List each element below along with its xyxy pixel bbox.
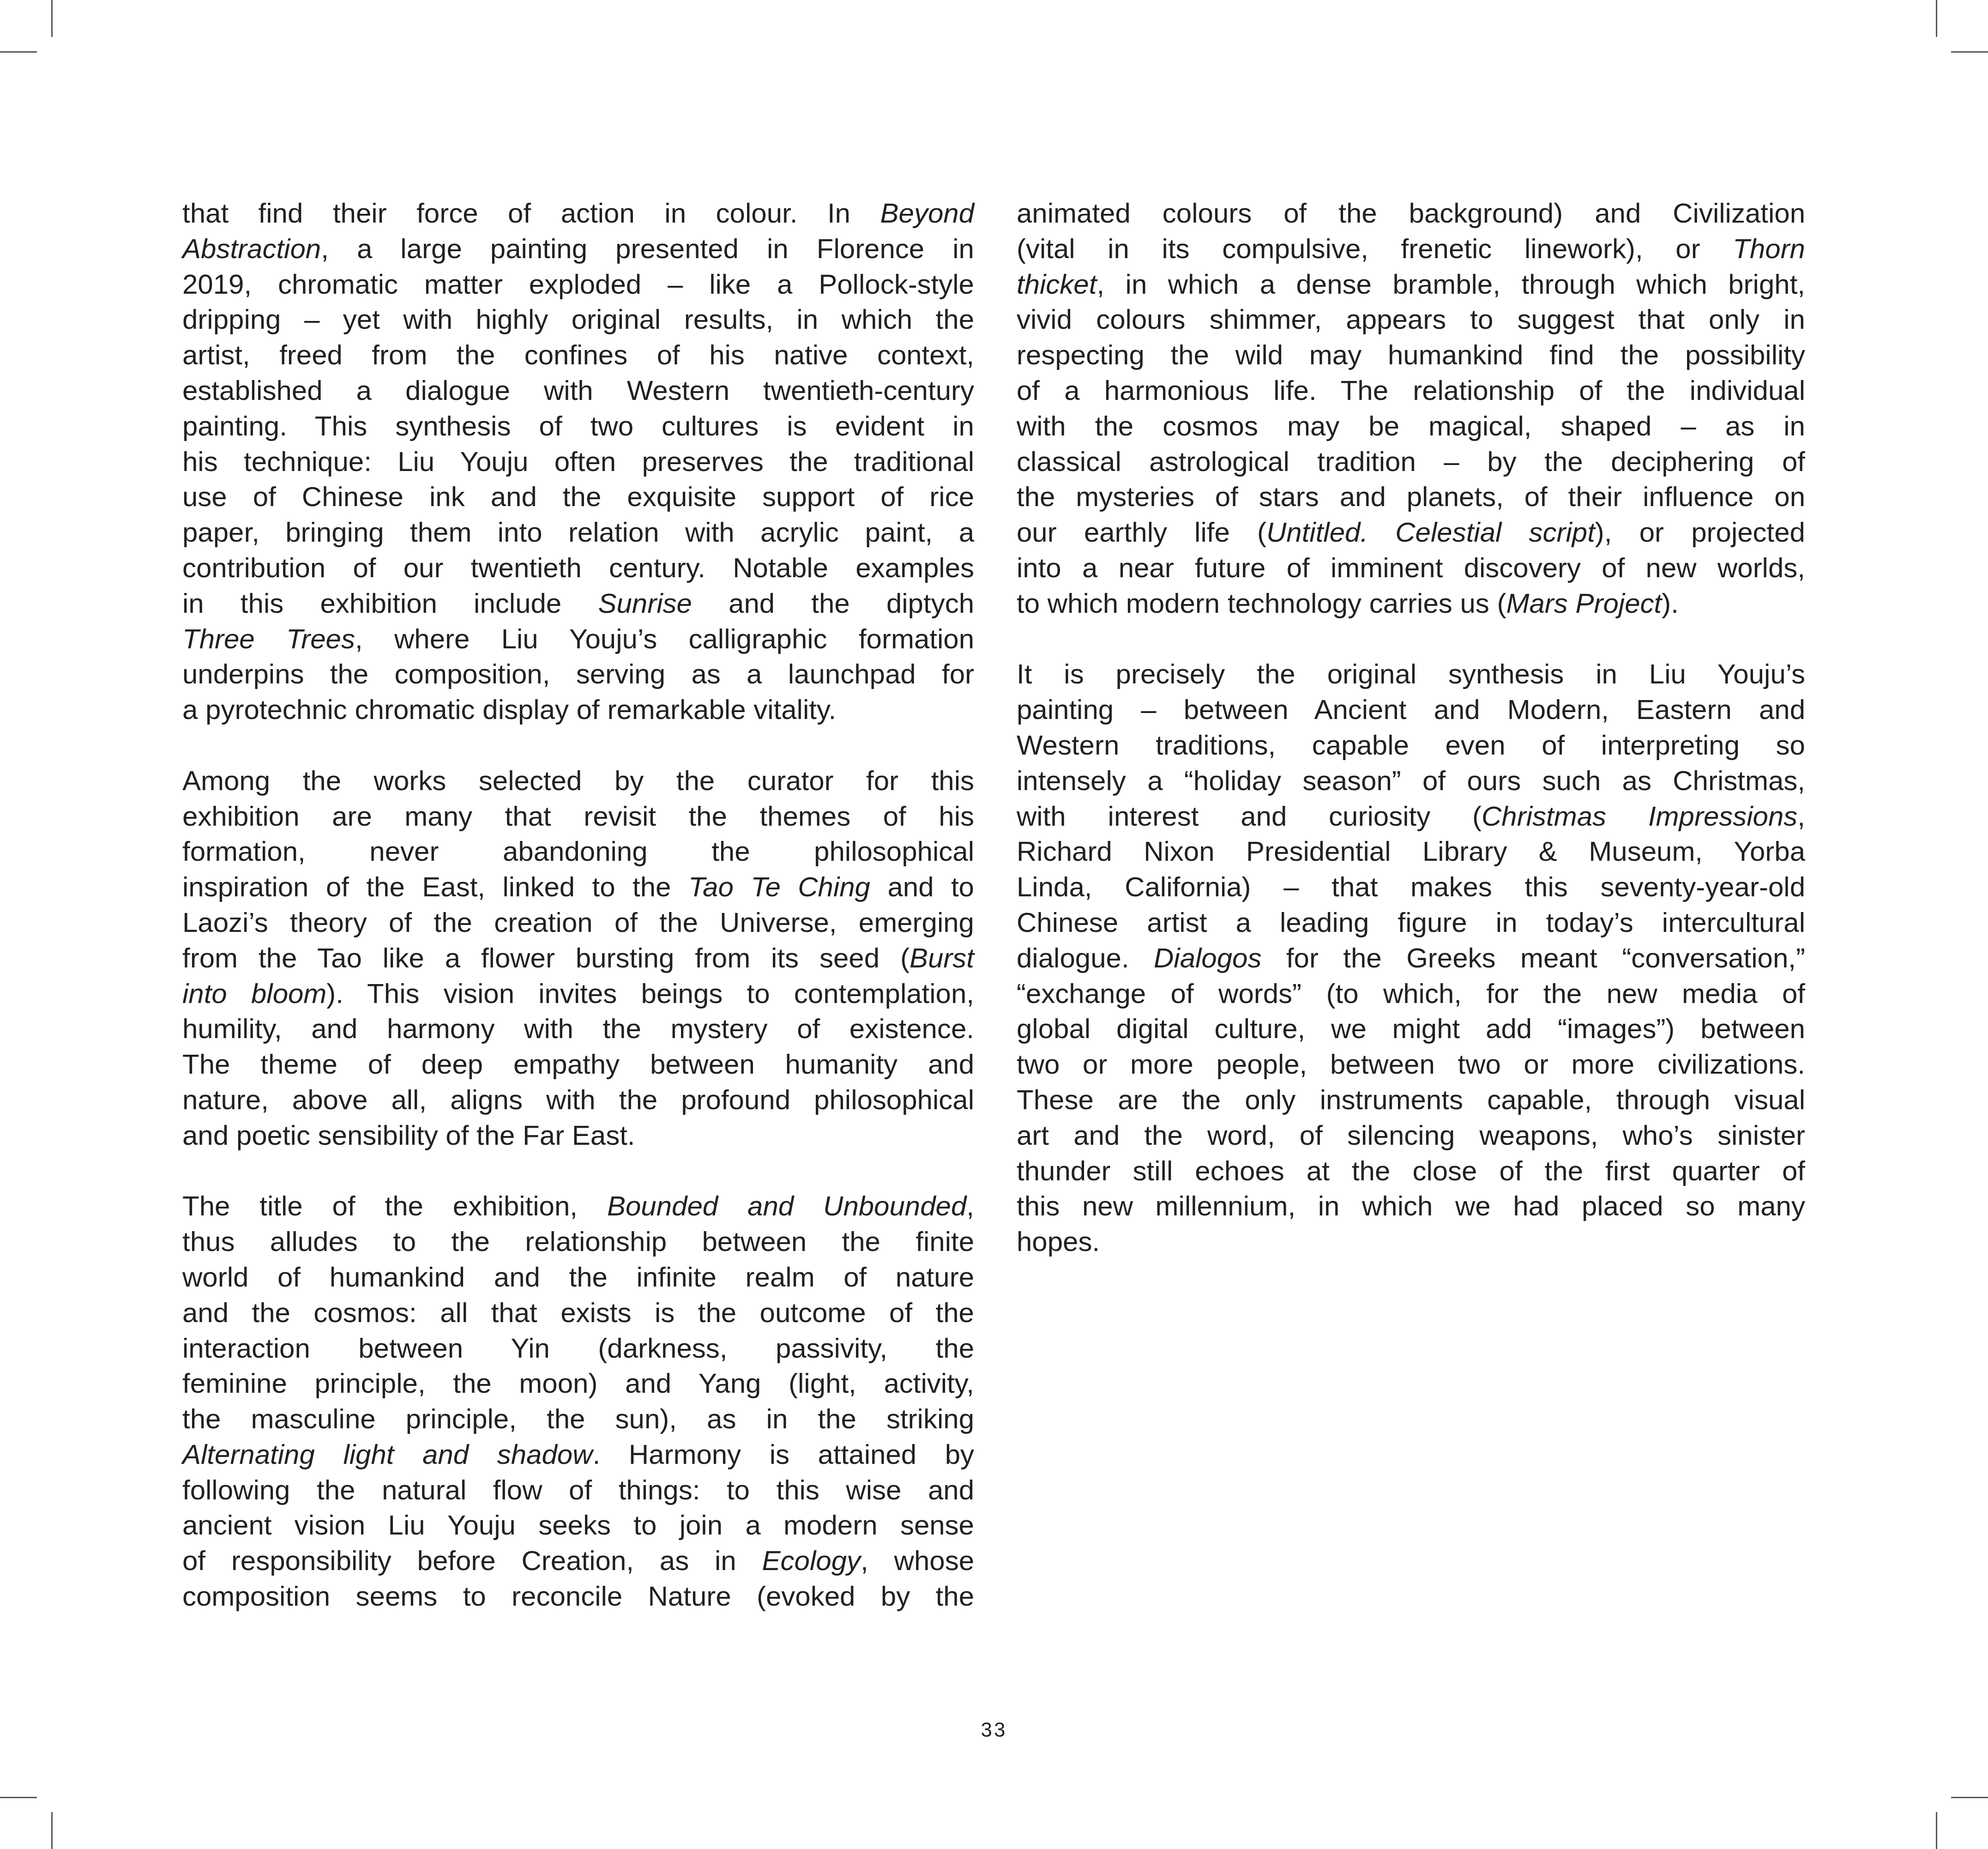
artwork-title: Tao Te Ching: [688, 871, 870, 902]
text-run: The title of the exhibition,: [182, 1190, 607, 1221]
text-run: and to: [870, 871, 974, 902]
text-line: Western traditions, capable even of inte…: [1017, 728, 1805, 763]
text-line: Three Trees, where Liu Youju’s calligrap…: [182, 622, 974, 657]
text-line: composition seems to reconcile Nature (e…: [182, 1579, 974, 1614]
text-run: world of humankind and the infinite real…: [182, 1262, 974, 1293]
text-run: with the cosmos may be magical, shaped –…: [1017, 411, 1805, 441]
text-line: dripping – yet with highly original resu…: [182, 302, 974, 338]
text-line: of a harmonious life. The relationship o…: [1017, 373, 1805, 409]
text-run: and the diptych: [692, 588, 974, 619]
text-run: contribution of our twentieth century. N…: [182, 552, 974, 583]
paragraph: It is precisely the original synthesis i…: [1017, 657, 1805, 1260]
text-line: and the cosmos: all that exists is the o…: [182, 1295, 974, 1331]
text-line: that find their force of action in colou…: [182, 196, 974, 231]
text-run: . Harmony is attained by: [593, 1439, 975, 1470]
text-line: this new millennium, in which we had pla…: [1017, 1189, 1805, 1224]
text-line: Chinese artist a leading figure in today…: [1017, 905, 1805, 941]
text-run: a pyrotechnic chromatic display of remar…: [182, 694, 836, 725]
text-run: use of Chinese ink and the exquisite sup…: [182, 481, 974, 512]
text-run: , a large painting presented in Florence…: [321, 233, 974, 264]
text-line: global digital culture, we might add “im…: [1017, 1011, 1805, 1047]
artwork-title: Christmas Impressions: [1482, 801, 1797, 832]
text-run: of a harmonious life. The relationship o…: [1017, 375, 1805, 406]
text-run: feminine principle, the moon) and Yang (…: [182, 1368, 974, 1399]
text-line: Alternating light and shadow. Harmony is…: [182, 1437, 974, 1473]
text-line: humility, and harmony with the mystery o…: [182, 1011, 974, 1047]
text-run: ), or projected: [1595, 517, 1805, 548]
text-line: in this exhibition include Sunrise and t…: [182, 586, 974, 622]
text-line: “exchange of words” (to which, for the n…: [1017, 976, 1805, 1012]
crop-mark-top-right-vertical: [1936, 0, 1937, 37]
text-run: into a near future of imminent discovery…: [1017, 552, 1805, 583]
text-run: two or more people, between two or more …: [1017, 1049, 1805, 1080]
text-line: Linda, California) – that makes this sev…: [1017, 870, 1805, 905]
text-line: thus alludes to the relationship between…: [182, 1224, 974, 1260]
crop-mark-bottom-left-vertical: [51, 1812, 53, 1849]
text-run: with interest and curiosity (: [1017, 801, 1482, 832]
crop-mark-bottom-left-horizontal: [0, 1797, 37, 1798]
text-line: with interest and curiosity (Christmas I…: [1017, 799, 1805, 834]
text-line: established a dialogue with Western twen…: [182, 373, 974, 409]
text-line: interaction between Yin (darkness, passi…: [182, 1331, 974, 1366]
text-line: underpins the composition, serving as a …: [182, 657, 974, 692]
text-run: formation, never abandoning the philosop…: [182, 836, 974, 867]
text-run: in this exhibition include: [182, 588, 598, 619]
text-run: 2019, chromatic matter exploded – like a…: [182, 269, 974, 300]
text-line: animated colours of the background) and …: [1017, 196, 1805, 231]
text-line: 2019, chromatic matter exploded – like a…: [182, 267, 974, 302]
text-run: respecting the wild may humankind find t…: [1017, 339, 1805, 370]
text-run: paper, bringing them into relation with …: [182, 517, 974, 548]
text-run: hopes.: [1017, 1226, 1100, 1257]
text-run: classical astrological tradition – by th…: [1017, 446, 1805, 477]
text-run: our earthly life (: [1017, 517, 1266, 548]
text-line: into a near future of imminent discovery…: [1017, 550, 1805, 586]
text-column-right: animated colours of the background) and …: [1017, 196, 1805, 1295]
crop-mark-top-right-horizontal: [1951, 51, 1988, 53]
text-line: classical astrological tradition – by th…: [1017, 444, 1805, 480]
text-line: thicket, in which a dense bramble, throu…: [1017, 267, 1805, 302]
text-line: hopes.: [1017, 1224, 1805, 1260]
artwork-title: Untitled. Celestial script: [1266, 517, 1595, 548]
text-column-left: that find their force of action in colou…: [182, 196, 974, 1650]
text-line: (vital in its compulsive, frenetic linew…: [1017, 231, 1805, 267]
text-line: The title of the exhibition, Bounded and…: [182, 1189, 974, 1224]
text-run: humility, and harmony with the mystery o…: [182, 1013, 974, 1044]
text-line: Richard Nixon Presidential Library & Mus…: [1017, 834, 1805, 870]
text-run: The theme of deep empathy between humani…: [182, 1049, 974, 1080]
text-run: ,: [1797, 801, 1805, 832]
artwork-title: Dialogos: [1154, 943, 1261, 973]
text-run: artist, freed from the confines of his n…: [182, 339, 974, 370]
artwork-title: Ecology: [762, 1545, 861, 1576]
text-run: , whose: [861, 1545, 974, 1576]
artwork-title: thicket: [1017, 269, 1096, 300]
text-line: following the natural flow of things: to…: [182, 1473, 974, 1508]
text-line: the mysteries of stars and planets, of t…: [1017, 479, 1805, 515]
text-run: dialogue.: [1017, 943, 1154, 973]
text-run: interaction between Yin (darkness, passi…: [182, 1333, 974, 1364]
text-line: inspiration of the East, linked to the T…: [182, 870, 974, 905]
text-run: the masculine principle, the sun), as in…: [182, 1403, 974, 1434]
text-line: nature, above all, aligns with the profo…: [182, 1082, 974, 1118]
text-run: Linda, California) – that makes this sev…: [1017, 871, 1805, 902]
text-line: two or more people, between two or more …: [1017, 1047, 1805, 1082]
text-run: ancient vision Liu Youju seeks to join a…: [182, 1510, 974, 1541]
paragraph: The title of the exhibition, Bounded and…: [182, 1189, 974, 1614]
text-run: of responsibility before Creation, as in: [182, 1545, 762, 1576]
text-run: painting. This synthesis of two cultures…: [182, 411, 974, 441]
text-run: art and the word, of silencing weapons, …: [1017, 1120, 1805, 1151]
artwork-title: into bloom: [182, 978, 326, 1009]
text-line: Laozi’s theory of the creation of the Un…: [182, 905, 974, 941]
text-line: painting – between Ancient and Modern, E…: [1017, 692, 1805, 728]
text-line: dialogue. Dialogos for the Greeks meant …: [1017, 941, 1805, 976]
text-run: Among the works selected by the curator …: [182, 765, 974, 796]
text-run: Chinese artist a leading figure in today…: [1017, 907, 1805, 938]
page-number: 33: [0, 1719, 1988, 1742]
text-run: painting – between Ancient and Modern, E…: [1017, 694, 1805, 725]
text-run: global digital culture, we might add “im…: [1017, 1013, 1805, 1044]
text-run: that find their force of action in colou…: [182, 198, 880, 229]
text-run: ,: [966, 1190, 974, 1221]
text-line: The theme of deep empathy between humani…: [182, 1047, 974, 1082]
text-run: underpins the composition, serving as a …: [182, 659, 974, 689]
paragraph: animated colours of the background) and …: [1017, 196, 1805, 622]
text-line: ancient vision Liu Youju seeks to join a…: [182, 1508, 974, 1543]
text-run: , in which a dense bramble, through whic…: [1096, 269, 1805, 300]
text-line: These are the only instruments capable, …: [1017, 1082, 1805, 1118]
text-run: from the Tao like a flower bursting from…: [182, 943, 910, 973]
text-run: and the cosmos: all that exists is the o…: [182, 1297, 974, 1328]
text-line: thunder still echoes at the close of the…: [1017, 1154, 1805, 1189]
text-line: vivid colours shimmer, appears to sugges…: [1017, 302, 1805, 338]
artwork-title: Mars Project: [1506, 588, 1662, 619]
text-run: Laozi’s theory of the creation of the Un…: [182, 907, 974, 938]
artwork-title: Alternating light and shadow: [182, 1439, 593, 1470]
text-run: for the Greeks meant “conversation,”: [1261, 943, 1805, 973]
artwork-title: Three Trees: [182, 623, 355, 654]
text-line: from the Tao like a flower bursting from…: [182, 941, 974, 976]
text-line: into bloom). This vision invites beings …: [182, 976, 974, 1012]
text-line: to which modern technology carries us (M…: [1017, 586, 1805, 622]
text-run: following the natural flow of things: to…: [182, 1474, 974, 1505]
artwork-title: Burst: [910, 943, 974, 973]
text-line: with the cosmos may be magical, shaped –…: [1017, 409, 1805, 444]
text-line: respecting the wild may humankind find t…: [1017, 338, 1805, 373]
crop-mark-top-left-vertical: [51, 0, 53, 37]
text-run: Richard Nixon Presidential Library & Mus…: [1017, 836, 1805, 867]
text-run: animated colours of the background) and …: [1017, 198, 1805, 229]
text-run: composition seems to reconcile Nature (e…: [182, 1581, 974, 1612]
text-line: of responsibility before Creation, as in…: [182, 1543, 974, 1579]
text-run: vivid colours shimmer, appears to sugges…: [1017, 304, 1805, 335]
artwork-title: Sunrise: [598, 588, 692, 619]
text-run: ). This vision invites beings to contemp…: [326, 978, 974, 1009]
text-run: thunder still echoes at the close of the…: [1017, 1155, 1805, 1186]
artwork-title: Abstraction: [182, 233, 321, 264]
paragraph: that find their force of action in colou…: [182, 196, 974, 728]
artwork-title: Beyond: [880, 198, 975, 229]
text-run: thus alludes to the relationship between…: [182, 1226, 974, 1257]
artwork-title: Bounded and Unbounded: [607, 1190, 966, 1221]
text-line: painting. This synthesis of two cultures…: [182, 409, 974, 444]
text-line: the masculine principle, the sun), as in…: [182, 1402, 974, 1437]
crop-mark-top-left-horizontal: [0, 51, 37, 53]
text-line: feminine principle, the moon) and Yang (…: [182, 1366, 974, 1402]
text-run: ).: [1662, 588, 1679, 619]
artwork-title: Thorn: [1733, 233, 1805, 264]
text-line: contribution of our twentieth century. N…: [182, 550, 974, 586]
text-line: art and the word, of silencing weapons, …: [1017, 1118, 1805, 1154]
text-run: exhibition are many that revisit the the…: [182, 801, 974, 832]
text-run: intensely a “holiday season” of ours suc…: [1017, 765, 1805, 796]
text-line: a pyrotechnic chromatic display of remar…: [182, 692, 974, 728]
text-run: and poetic sensibility of the Far East.: [182, 1120, 635, 1151]
text-run: “exchange of words” (to which, for the n…: [1017, 978, 1805, 1009]
text-run: dripping – yet with highly original resu…: [182, 304, 974, 335]
text-line: paper, bringing them into relation with …: [182, 515, 974, 550]
text-run: nature, above all, aligns with the profo…: [182, 1084, 974, 1115]
text-line: formation, never abandoning the philosop…: [182, 834, 974, 870]
text-line: It is precisely the original synthesis i…: [1017, 657, 1805, 692]
text-run: to which modern technology carries us (: [1017, 588, 1506, 619]
text-run: (vital in its compulsive, frenetic linew…: [1017, 233, 1733, 264]
paragraph: Among the works selected by the curator …: [182, 763, 974, 1154]
text-line: our earthly life (Untitled. Celestial sc…: [1017, 515, 1805, 550]
text-run: It is precisely the original synthesis i…: [1017, 659, 1805, 689]
text-line: his technique: Liu Youju often preserves…: [182, 444, 974, 480]
text-run: inspiration of the East, linked to the: [182, 871, 688, 902]
text-line: Among the works selected by the curator …: [182, 763, 974, 799]
text-line: and poetic sensibility of the Far East.: [182, 1118, 974, 1154]
text-run: established a dialogue with Western twen…: [182, 375, 974, 406]
crop-mark-bottom-right-vertical: [1936, 1812, 1937, 1849]
text-run: the mysteries of stars and planets, of t…: [1017, 481, 1805, 512]
document-page: that find their force of action in colou…: [0, 0, 1988, 1849]
text-line: use of Chinese ink and the exquisite sup…: [182, 479, 974, 515]
text-line: world of humankind and the infinite real…: [182, 1260, 974, 1295]
text-line: artist, freed from the confines of his n…: [182, 338, 974, 373]
text-run: Western traditions, capable even of inte…: [1017, 730, 1805, 761]
text-run: his technique: Liu Youju often preserves…: [182, 446, 974, 477]
text-run: These are the only instruments capable, …: [1017, 1084, 1805, 1115]
text-line: intensely a “holiday season” of ours suc…: [1017, 763, 1805, 799]
text-run: , where Liu Youju’s calligraphic formati…: [355, 623, 974, 654]
text-line: exhibition are many that revisit the the…: [182, 799, 974, 834]
crop-mark-bottom-right-horizontal: [1951, 1797, 1988, 1798]
text-run: this new millennium, in which we had pla…: [1017, 1190, 1805, 1221]
text-line: Abstraction, a large painting presented …: [182, 231, 974, 267]
